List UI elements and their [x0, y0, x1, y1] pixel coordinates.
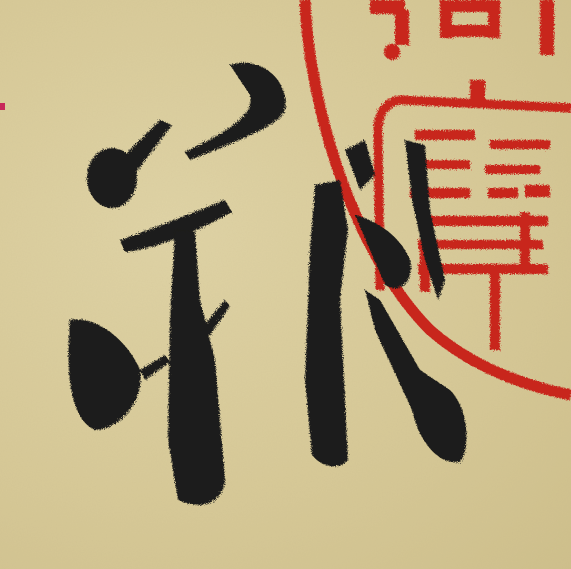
paper-texture	[0, 0, 571, 569]
artwork-canvas	[0, 0, 571, 569]
red-mark	[0, 103, 5, 110]
calligraphy-photo: Close-up of Chinese brush calligraphy (t…	[0, 0, 571, 569]
